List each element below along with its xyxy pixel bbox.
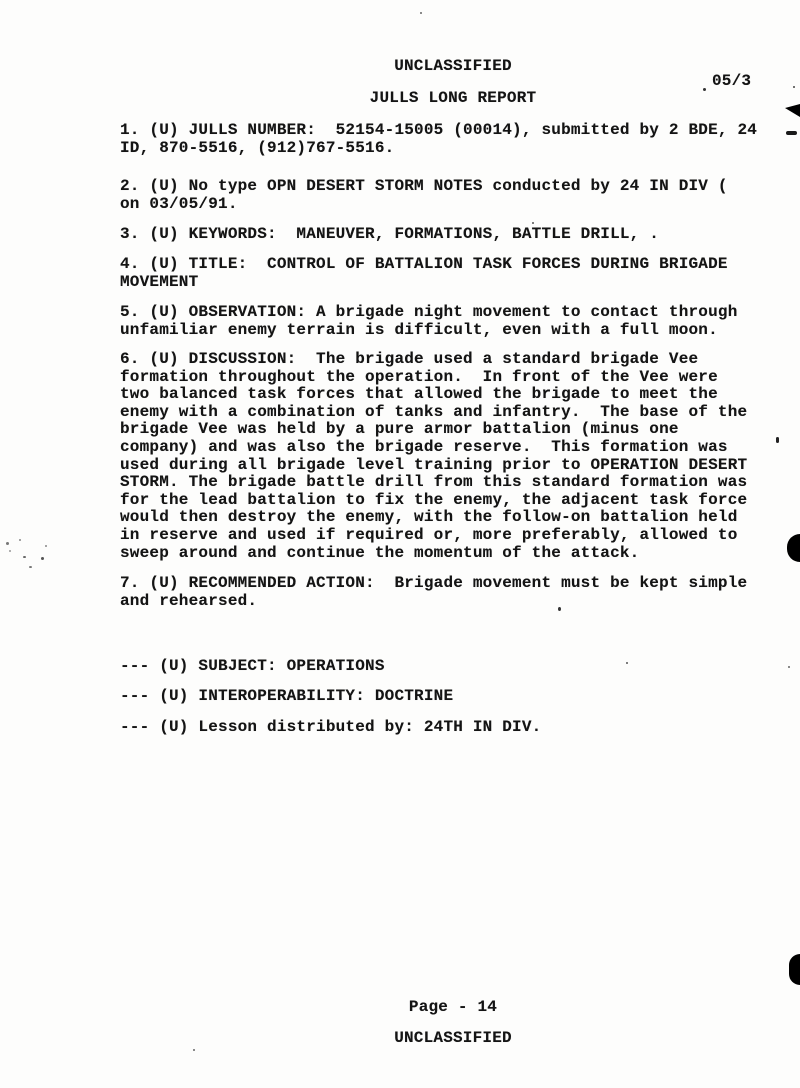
report-title: JULLS LONG REPORT: [120, 90, 786, 108]
scan-speckle: [626, 662, 628, 664]
footer-classification: UNCLASSIFIED: [120, 1030, 786, 1048]
subject-line: --- (U) SUBJECT: OPERATIONS: [120, 658, 385, 676]
scan-speckle: [703, 88, 706, 91]
scan-blob-right-lower: [789, 954, 800, 985]
scan-wedge-top-right: [785, 104, 800, 117]
observation-paragraph: 5. (U) OBSERVATION: A brigade night move…: [120, 304, 738, 339]
title-paragraph: 4. (U) TITLE: CONTROL OF BATTALION TASK …: [120, 256, 728, 291]
notes-paragraph: 2. (U) No type OPN DESERT STORM NOTES co…: [120, 178, 728, 213]
scan-speckle: [793, 86, 795, 88]
interoperability-line: --- (U) INTEROPERABILITY: DOCTRINE: [120, 688, 453, 706]
scan-dash-right: [786, 131, 797, 135]
page-marker: 05/3: [712, 73, 751, 91]
footer-page-number: Page - 14: [120, 999, 786, 1017]
header-classification: UNCLASSIFIED: [120, 58, 786, 76]
scan-speckle: [420, 12, 422, 14]
scan-speckle: [41, 557, 44, 560]
scan-blob-right-upper: [787, 534, 800, 562]
scan-speckle: [788, 666, 790, 668]
recommended-action-paragraph: 7. (U) RECOMMENDED ACTION: Brigade movem…: [120, 575, 747, 610]
scan-speckle: [45, 545, 47, 547]
scan-speckle: [29, 566, 32, 568]
scan-speckle: [9, 550, 11, 552]
keywords-paragraph: 3. (U) KEYWORDS: MANEUVER, FORMATIONS, B…: [120, 226, 659, 244]
scan-speckle: [6, 542, 9, 545]
scan-speckle: [23, 556, 26, 558]
distribution-line: --- (U) Lesson distributed by: 24TH IN D…: [120, 719, 541, 737]
scanned-document-page: UNCLASSIFIED 05/3 JULLS LONG REPORT 1. (…: [0, 0, 800, 1088]
discussion-paragraph: 6. (U) DISCUSSION: The brigade used a st…: [120, 351, 747, 562]
scan-speckle: [193, 1049, 195, 1051]
scan-speckle: [776, 437, 779, 443]
scan-speckle: [558, 607, 561, 611]
scan-speckle: [532, 222, 534, 224]
julls-number-paragraph: 1. (U) JULLS NUMBER: 52154-15005 (00014)…: [120, 122, 757, 157]
scan-speckle: [19, 539, 21, 541]
